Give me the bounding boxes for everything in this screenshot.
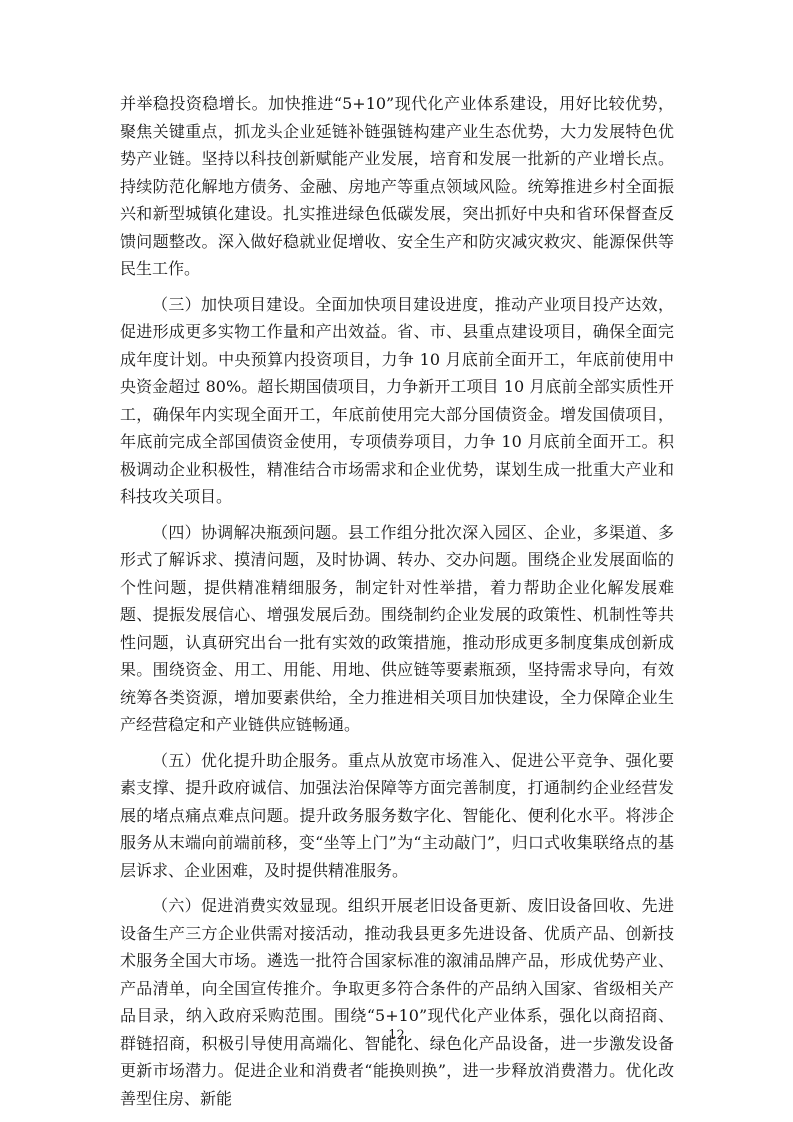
document-page: 并举稳投资稳增长。加快推进“5+10”现代化产业体系建设，用好比较优势，聚焦关键… [0, 0, 793, 1122]
document-body: 并举稳投资稳增长。加快推进“5+10”现代化产业体系建设，用好比较优势，聚焦关键… [120, 90, 674, 1112]
paragraph-section-four: （四）协调解决瓶颈问题。县工作组分批次深入园区、企业，多渠道、多形式了解诉求、摸… [120, 519, 674, 739]
paragraph-section-three: （三）加快项目建设。全面加快项目建设进度，推动产业项目投产达效，促进形成更多实物… [120, 291, 674, 511]
paragraph-section-five: （五）优化提升助企服务。重点从放宽市场准入、促进公平竞争、强化要素支撑、提升政府… [120, 747, 674, 885]
paragraph-section-six: （六）促进消费实效显现。组织开展老旧设备更新、废旧设备回收、先进设备生产三方企业… [120, 892, 674, 1112]
page-number: 12 [0, 1028, 793, 1043]
paragraph-continuation: 并举稳投资稳增长。加快推进“5+10”现代化产业体系建设，用好比较优势，聚焦关键… [120, 90, 674, 283]
